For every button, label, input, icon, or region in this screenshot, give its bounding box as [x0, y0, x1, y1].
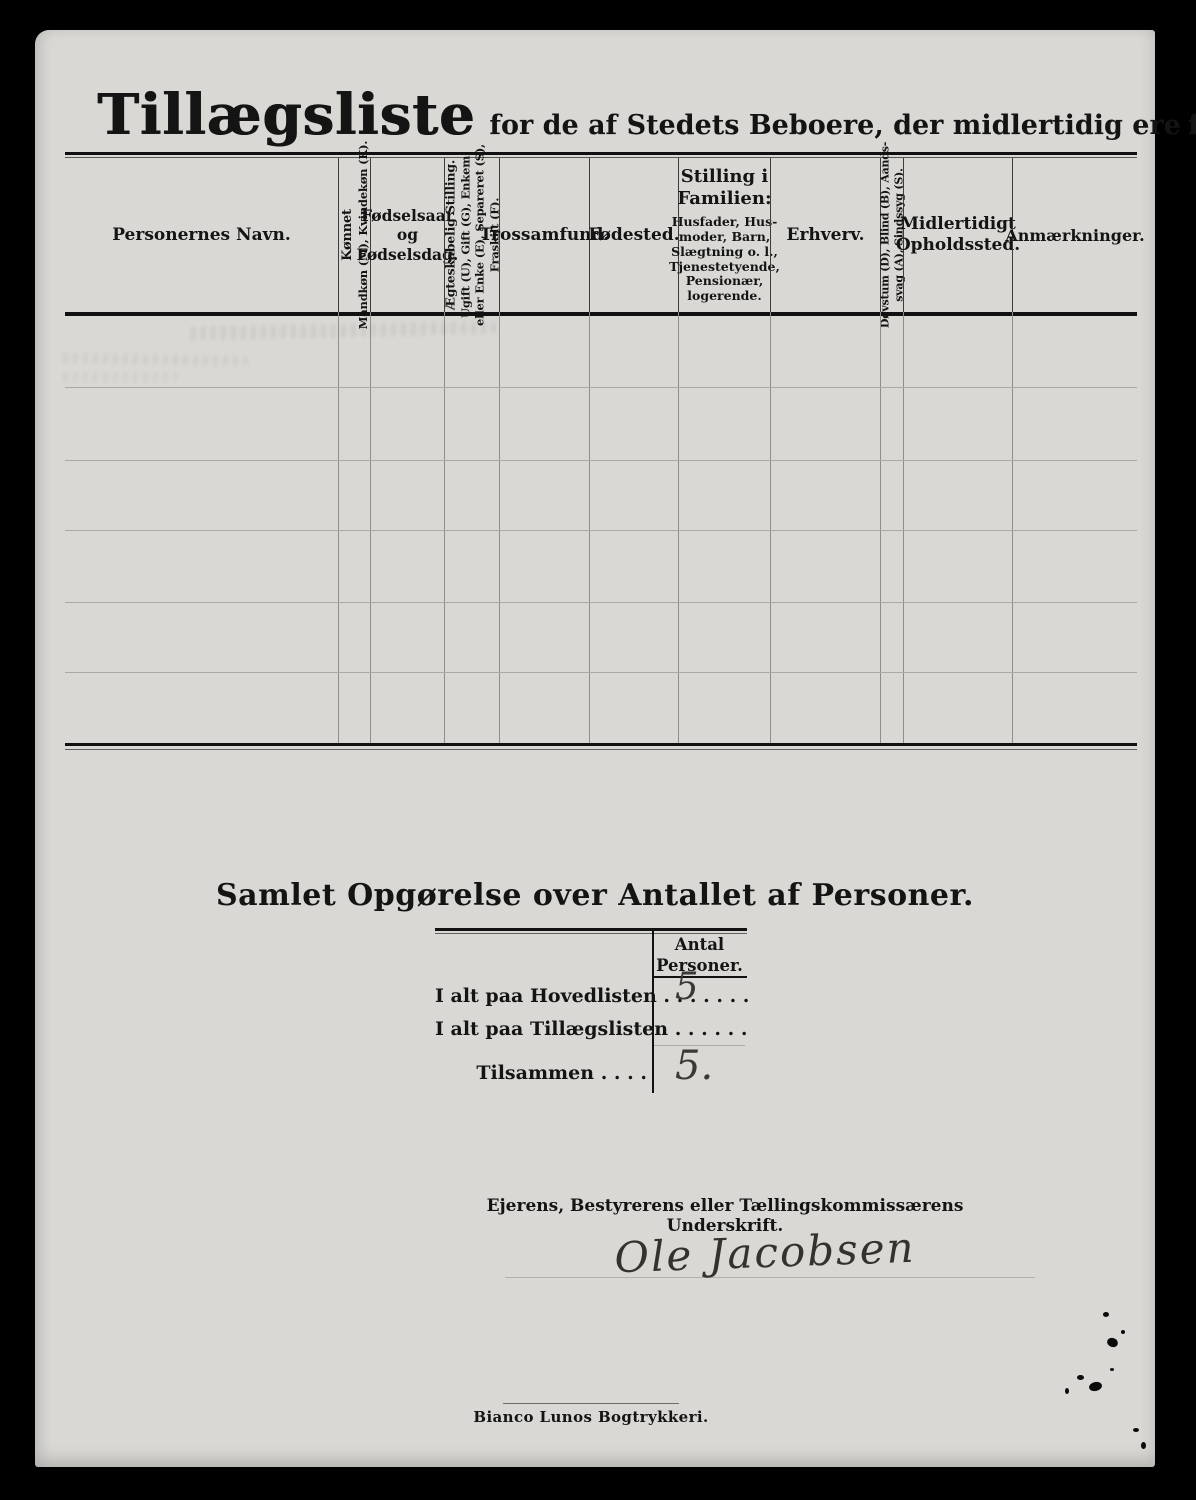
column-header-trossamfund: Trossamfund.	[499, 158, 589, 312]
column-header-personernes-navn: Personernes Navn.	[65, 158, 338, 312]
body-column-line	[903, 312, 904, 743]
column-header-stilling-i-familien: Stilling i Familien: Husfader, Hus- mode…	[678, 158, 770, 312]
table-body-empty-rows	[65, 312, 1137, 743]
table-bottom-rule-thick	[65, 743, 1137, 746]
body-column-line	[1012, 312, 1013, 743]
page-title: Tillægslistefor de af Stedets Beboere, d…	[97, 82, 1196, 148]
body-column-line	[589, 312, 590, 743]
scanned-census-page: Tillægslistefor de af Stedets Beboere, d…	[0, 0, 1196, 1500]
ink-blemish	[1110, 1368, 1114, 1371]
summary-top-rule	[435, 928, 747, 931]
column-header-foedselsaar: Fødselsaar og Fødselsdag.	[370, 158, 444, 312]
summary-value-tilsammen: 5.	[675, 1046, 755, 1086]
body-row-line	[65, 672, 1137, 673]
ink-blemish	[1065, 1388, 1069, 1394]
body-row-line	[65, 602, 1137, 603]
page-title-subtitle: for de af Stedets Beboere, der midlertid…	[489, 110, 1181, 141]
body-column-line	[770, 312, 771, 743]
page-title-main: Tillægsliste	[97, 82, 475, 148]
body-column-line	[499, 312, 500, 743]
ink-blemish	[1121, 1330, 1125, 1334]
paper-sheet: Tillægslistefor de af Stedets Beboere, d…	[35, 30, 1155, 1467]
body-column-line	[444, 312, 445, 743]
body-row-line	[65, 387, 1137, 388]
ink-blemish	[1088, 1381, 1103, 1393]
body-column-line	[678, 312, 679, 743]
summary-value-hovedlisten: 5	[675, 968, 755, 1005]
ink-blemish	[1106, 1336, 1119, 1348]
column-header-koennet: Kønnet Mandkøn (M), Kvindekøn (K).	[338, 158, 370, 312]
ink-blemish	[1103, 1312, 1109, 1317]
ink-blemish	[1133, 1428, 1139, 1432]
body-column-line	[880, 312, 881, 743]
table-header: Personernes Navn. Kønnet Mandkøn (M), Kv…	[65, 158, 1137, 312]
body-column-line	[338, 312, 339, 743]
ink-blemish	[1141, 1442, 1146, 1449]
title-rule-thick	[65, 152, 1137, 155]
page-title-subtitle-emphasis: fraværende.	[1188, 110, 1196, 141]
table-bottom-rule-thin	[65, 749, 1137, 750]
summary-row-tilsammen: Tilsammen . . . .	[435, 1062, 647, 1084]
printer-rule	[503, 1403, 679, 1404]
body-row-line	[65, 460, 1137, 461]
summary-row-tillaegslisten: I alt paa Tillægslisten . . . . . .	[435, 1018, 647, 1040]
column-header-anmaerkninger: Anmærkninger.	[1012, 158, 1137, 312]
summary-row-hovedlisten: I alt paa Hovedlisten . . . . . . .	[435, 985, 647, 1007]
summary-heading: Samlet Opgørelse over Antallet af Person…	[35, 878, 1155, 913]
printer-imprint: Bianco Lunos Bogtrykkeri.	[465, 1408, 717, 1426]
body-row-line	[65, 530, 1137, 531]
column-header-erhverv: Erhverv.	[770, 158, 880, 312]
ink-blemish	[1077, 1375, 1084, 1380]
body-column-line	[370, 312, 371, 743]
column-header-foedested: Fødested.	[589, 158, 678, 312]
bleedthrough-mark	[57, 372, 177, 382]
column-header-midlertidigt-opholdssted: Midlertidigt Opholdssted.	[903, 158, 1012, 312]
